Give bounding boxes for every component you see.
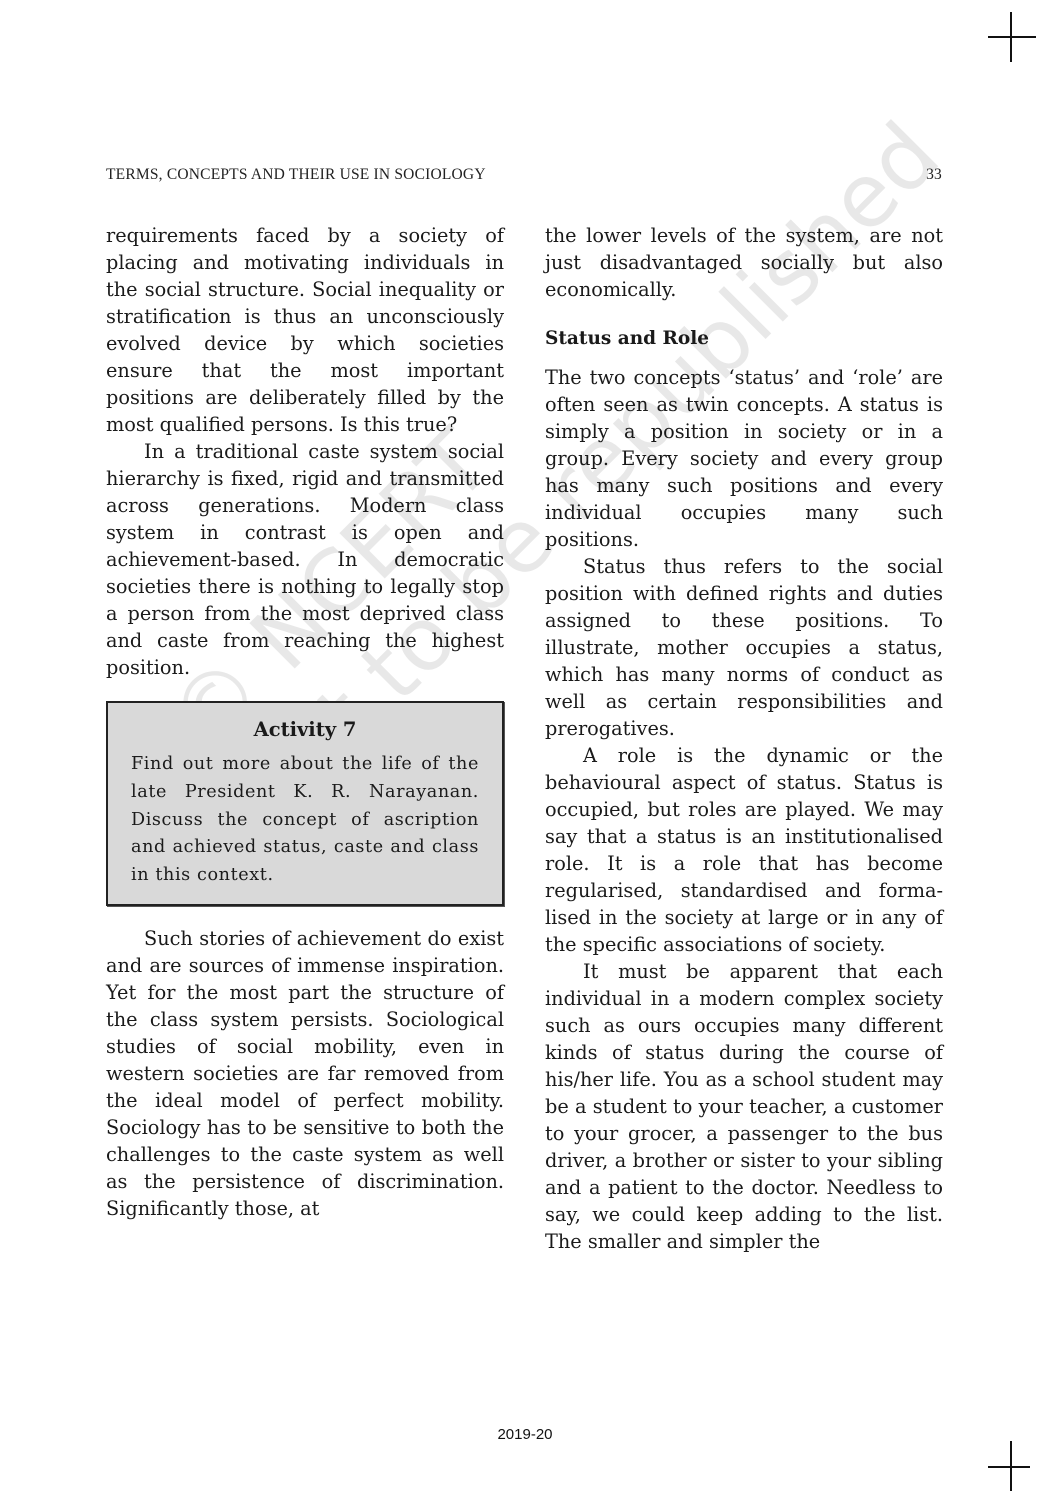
paragraph: A role is the dynamic or the behavioural…: [545, 742, 943, 958]
crop-mark-bottom-right-horizontal: [988, 1466, 1030, 1468]
paragraph: Such stories of achievement do exist and…: [106, 925, 504, 1222]
footer-year: 2019-20: [0, 1426, 1050, 1443]
right-column: the lower levels of the system, are not …: [545, 222, 943, 1255]
paragraph: In a traditional caste system social hie…: [106, 438, 504, 681]
page-number: 33: [926, 166, 942, 184]
paragraph: The two concepts ‘status’ and ‘role’ are…: [545, 364, 943, 553]
activity-text: Find out more about the life of the late…: [131, 751, 479, 890]
crop-mark-bottom-right-vertical: [1010, 1441, 1012, 1491]
paragraph: It must be apparent that each individual…: [545, 958, 943, 1255]
paragraph-continuation: the lower levels of the system, are not …: [545, 222, 943, 303]
chapter-title: TERMS, CONCEPTS AND THEIR USE IN SOCIOLO…: [106, 166, 486, 184]
running-head: TERMS, CONCEPTS AND THEIR USE IN SOCIOLO…: [106, 166, 942, 184]
section-heading: Status and Role: [545, 325, 943, 352]
crop-mark-top-right-vertical: [1010, 12, 1012, 62]
paragraph: Status thus refers to the social positio…: [545, 553, 943, 742]
crop-mark-top-right-horizontal: [988, 36, 1036, 38]
activity-title: Activity 7: [131, 717, 479, 743]
paragraph: requirements faced by a society of placi…: [106, 222, 504, 438]
left-column: requirements faced by a society of placi…: [106, 222, 504, 1222]
activity-box: Activity 7 Find out more about the life …: [106, 701, 504, 906]
